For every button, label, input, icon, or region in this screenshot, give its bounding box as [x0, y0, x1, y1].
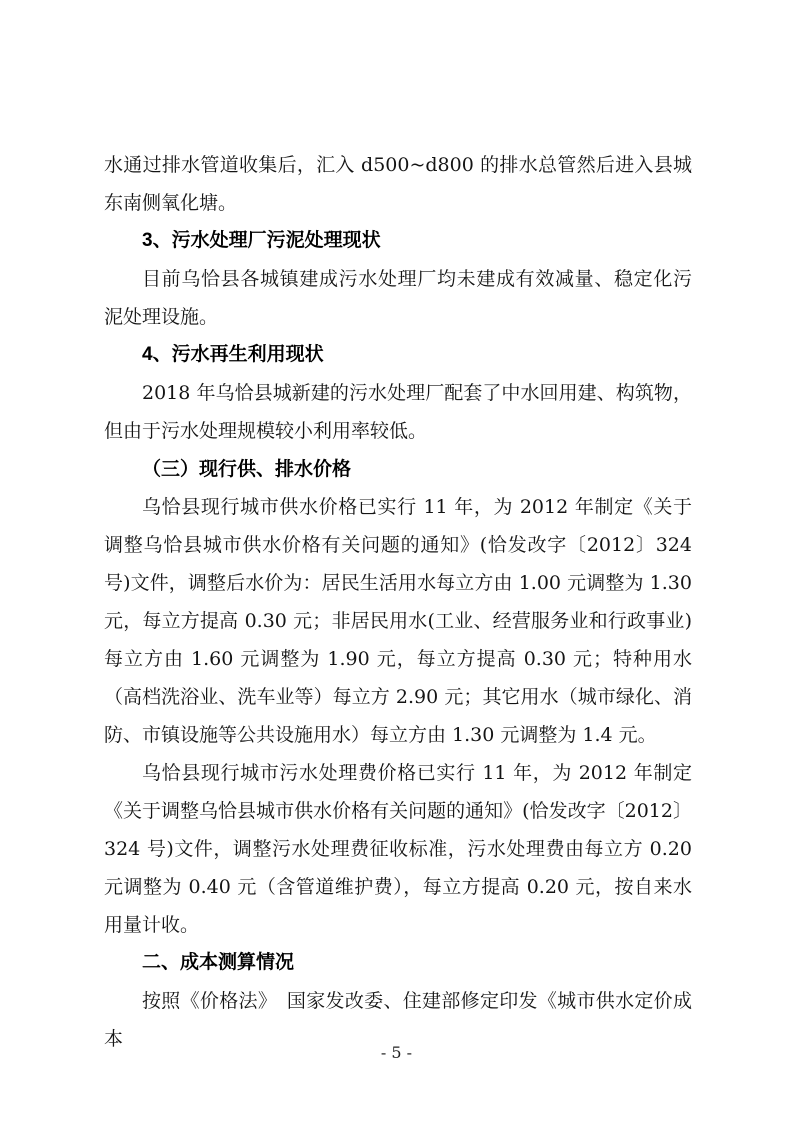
paragraph-sludge-status: 目前乌恰县各城镇建成污水处理厂均未建成有效减量、稳定化污泥处理设施。	[104, 260, 692, 336]
paragraph-sewage-fee: 乌恰县现行城市污水处理费价格已实行 11 年，为 2012 年制定《关于调整乌恰…	[104, 754, 692, 944]
paragraph-continued: 水通过排水管道收集后，汇入 d500~d800 的排水总管然后进入县城东南侧氧化…	[104, 146, 692, 222]
section-heading-cost: 二、成本测算情况	[104, 944, 692, 982]
paragraph-water-price: 乌恰县现行城市供水价格已实行 11 年，为 2012 年制定《关于调整乌恰县城市…	[104, 488, 692, 754]
document-body: 水通过排水管道收集后，汇入 d500~d800 的排水总管然后进入县城东南侧氧化…	[104, 146, 692, 1058]
document-page: 水通过排水管道收集后，汇入 d500~d800 的排水总管然后进入县城东南侧氧化…	[0, 0, 793, 1122]
section-heading-3: 3、污水处理厂污泥处理现状	[104, 222, 692, 260]
section-heading-pricing: （三）现行供、排水价格	[104, 450, 692, 488]
paragraph-reuse-status: 2018 年乌恰县城新建的污水处理厂配套了中水回用建、构筑物，但由于污水处理规模…	[104, 374, 692, 450]
page-number: - 5 -	[0, 1042, 793, 1064]
section-heading-4: 4、污水再生利用现状	[104, 336, 692, 374]
